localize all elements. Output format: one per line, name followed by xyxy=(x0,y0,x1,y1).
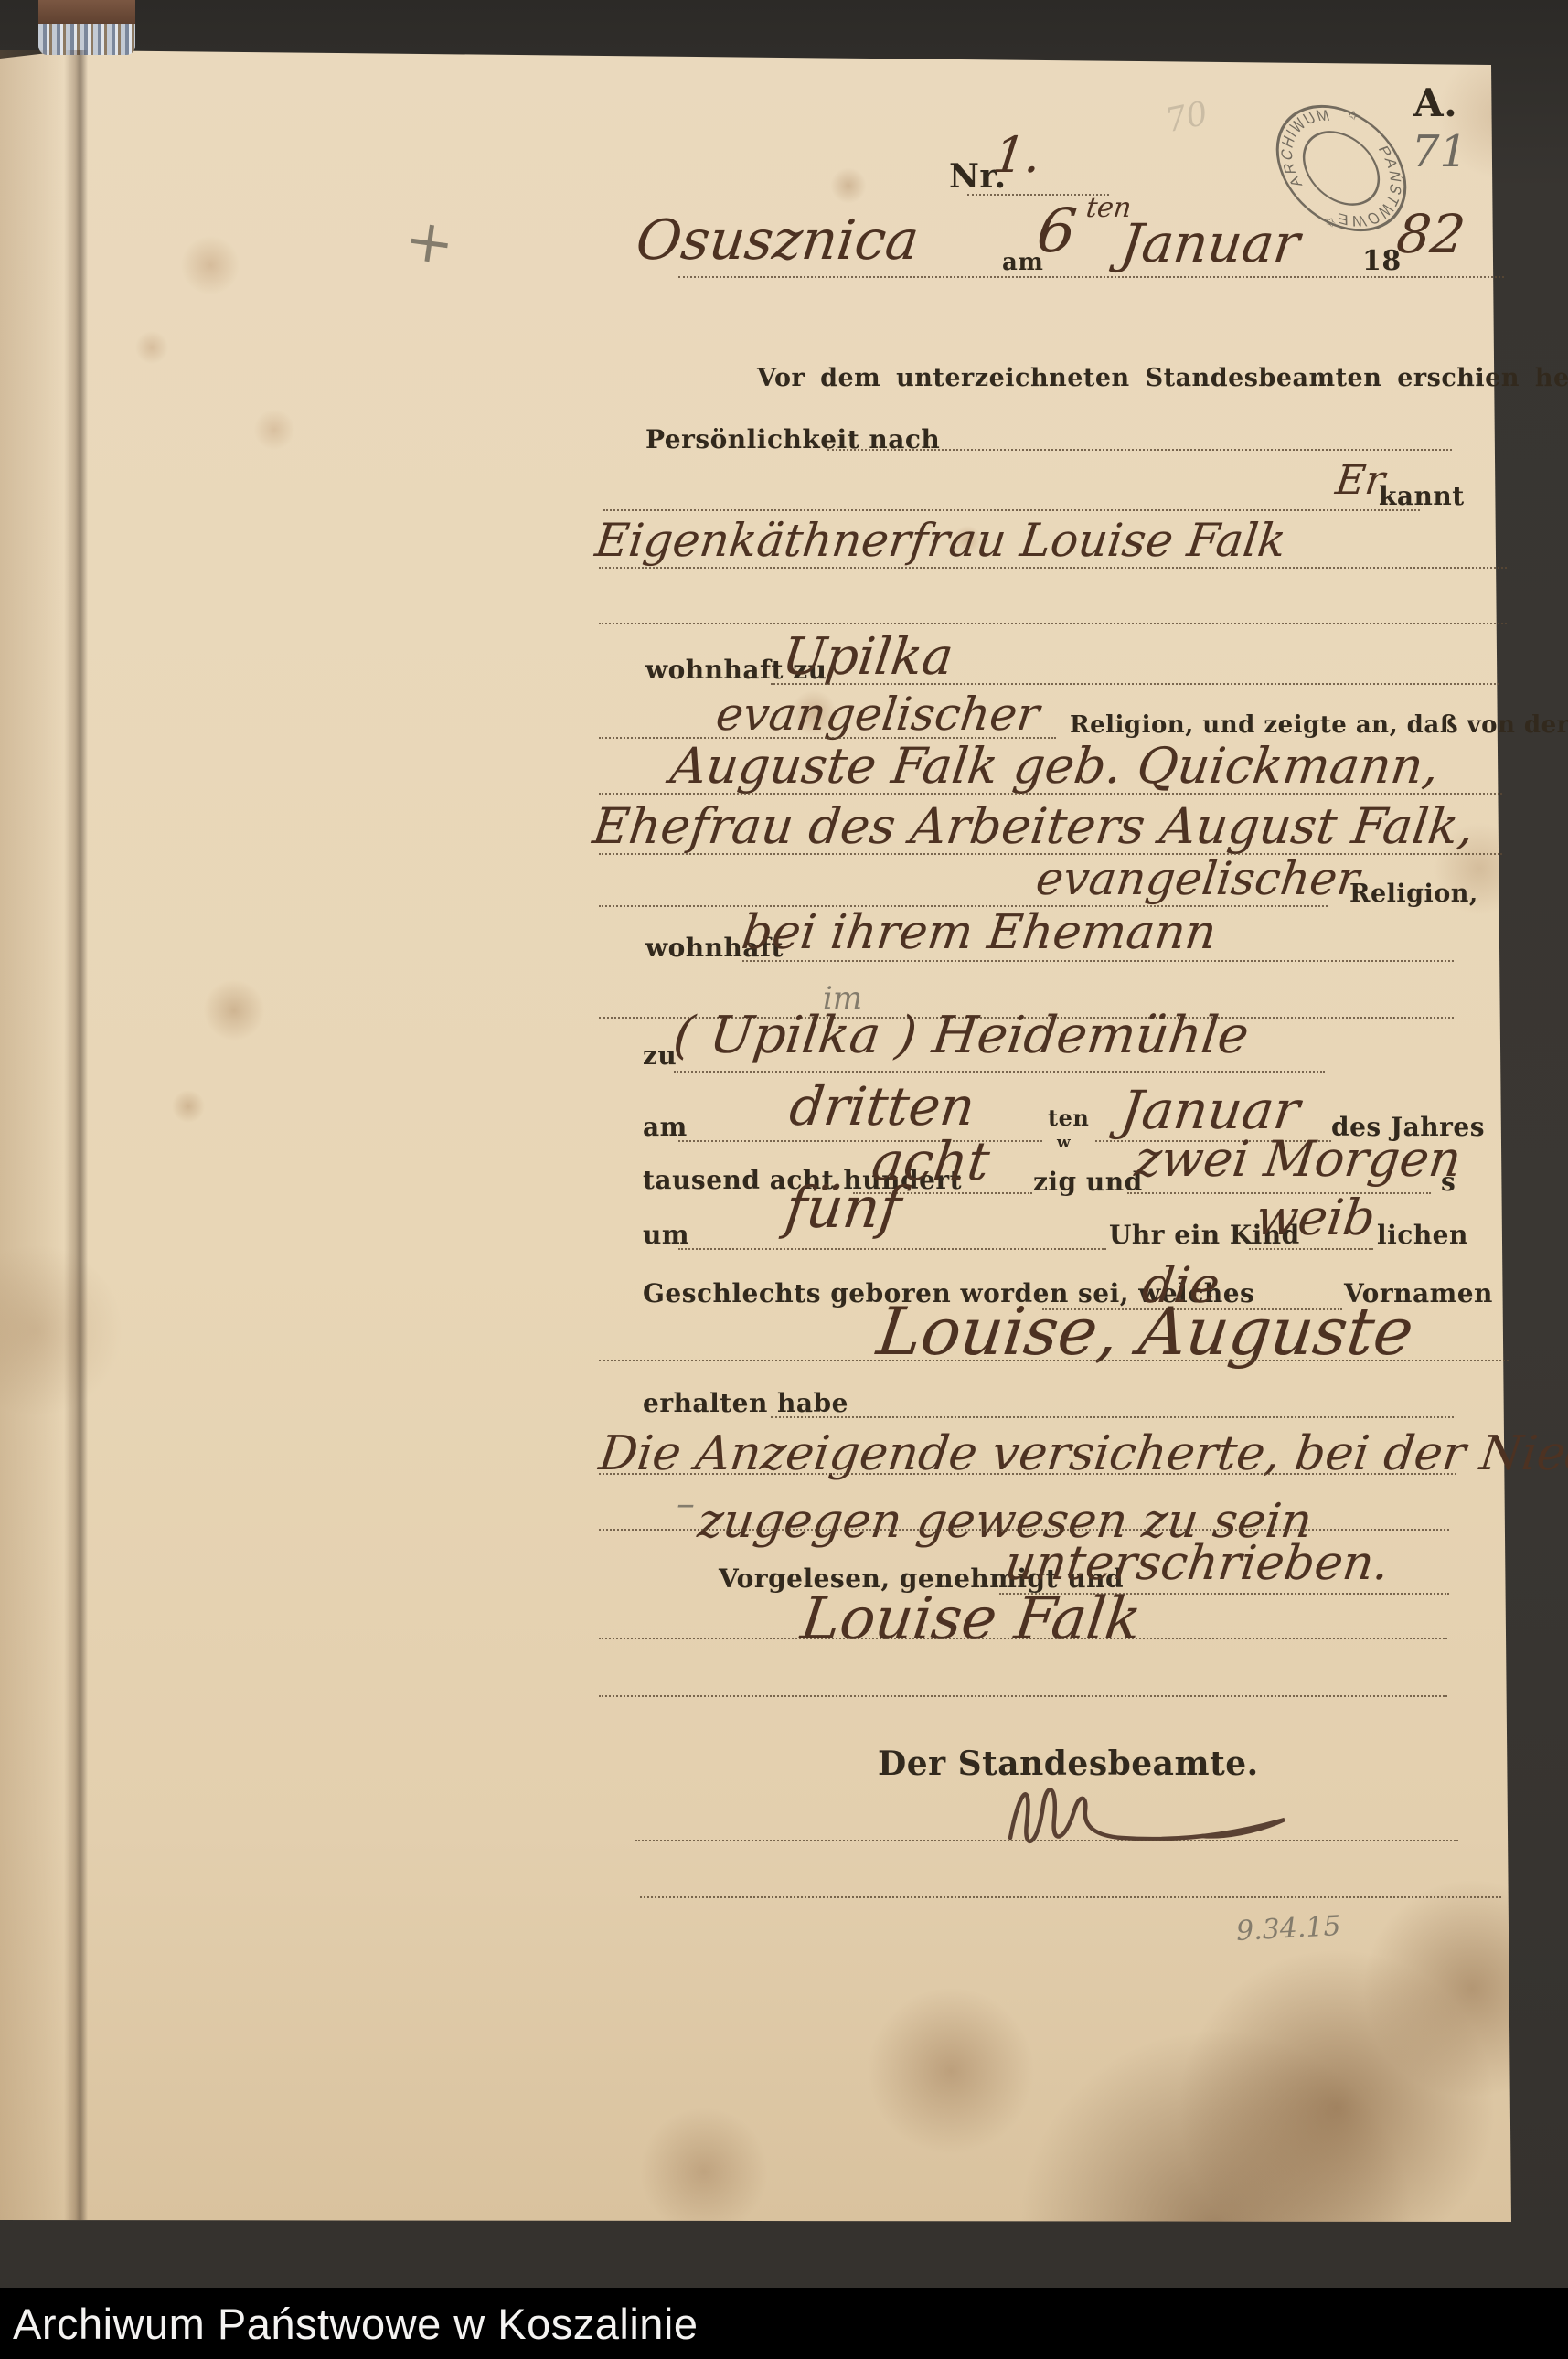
dotted-rule xyxy=(678,1248,1106,1250)
previous-page-edge xyxy=(0,50,73,2220)
year-handwritten: 82 xyxy=(1393,203,1468,265)
residence2-handwritten: bei ihrem Ehemann xyxy=(739,905,1220,960)
ten-footnote-printed: w xyxy=(1057,1134,1071,1152)
dotted-rule xyxy=(599,1695,1447,1697)
am2-printed: am xyxy=(643,1112,688,1142)
dotted-rule xyxy=(599,567,1507,569)
dotted-rule xyxy=(599,1360,1509,1361)
dotted-rule xyxy=(599,1529,1449,1531)
dotted-rule xyxy=(635,1840,1458,1841)
lichen-printed: lichen xyxy=(1377,1220,1468,1250)
s-suffix-printed: s xyxy=(1441,1167,1456,1197)
erhalten-habe-printed: erhalten habe xyxy=(643,1388,848,1418)
dotted-rule xyxy=(674,1071,1325,1073)
given-names-handwritten: Louise, Auguste xyxy=(873,1293,1418,1370)
mother-name-handwritten: Auguste Falk geb. Quickmann, xyxy=(667,737,1442,795)
dotted-rule xyxy=(742,960,1454,962)
ten-printed: ten xyxy=(1048,1105,1089,1131)
scanned-register-page: Nr. 1. ARCHIWUM PAŃSTWOWE ✩ xyxy=(0,0,1568,2359)
religion2-handwritten: evangelischer xyxy=(1033,852,1362,905)
residence-handwritten: Upilka xyxy=(779,627,956,687)
dotted-rule xyxy=(603,509,1420,511)
gutter-crease xyxy=(64,50,93,2220)
book-spine-headband xyxy=(38,0,135,55)
um-printed: um xyxy=(643,1220,689,1250)
dotted-rule xyxy=(771,1416,1454,1418)
birth-day-handwritten: dritten xyxy=(786,1075,978,1137)
stamp-star-icon: ✩ xyxy=(1344,106,1361,123)
dotted-rule xyxy=(1249,1248,1373,1250)
dotted-rule xyxy=(678,276,1504,278)
pencil-reference-number: 9.34.15 xyxy=(1235,1910,1341,1948)
birthplace-handwritten: ( Upilka ) Heidemühle xyxy=(670,1006,1252,1065)
kannt-printed: kannt xyxy=(1379,481,1465,511)
religion1-handwritten: evangelischer xyxy=(713,688,1042,741)
dotted-rule xyxy=(599,793,1502,795)
religion1-printed: Religion, und zeigte an, daß von der xyxy=(1070,711,1568,739)
pencil-page-number: 71 xyxy=(1412,126,1467,177)
record-number-value: 1. xyxy=(990,126,1044,184)
declarant-signature-handwritten: Louise Falk xyxy=(797,1585,1145,1653)
pencil-dash-mark: – xyxy=(677,1483,695,1525)
stamp-inner-ring xyxy=(1289,117,1392,219)
registrar-signature-scribble xyxy=(983,1763,1330,1863)
dotted-rule xyxy=(827,449,1452,451)
zig-und-printed: zig und xyxy=(1033,1167,1143,1197)
dotted-rule xyxy=(599,1473,1456,1475)
year-units-time-handwritten: zwei Morgen xyxy=(1132,1130,1465,1188)
archive-caption-text: Archiwum Państwowe w Koszalinie xyxy=(13,2288,699,2359)
dotted-rule xyxy=(599,623,1507,624)
intro-printed: Vor dem unterzeichneten Standesbeamten e… xyxy=(757,364,1568,392)
religion2-printed: Religion, xyxy=(1349,880,1478,908)
pencil-cross-mark: + xyxy=(400,206,458,280)
unterschrieben-handwritten: unterschrieben. xyxy=(1002,1536,1392,1591)
sex-handwritten: weib xyxy=(1253,1189,1379,1246)
hour-handwritten: fünf xyxy=(782,1174,905,1241)
declarant-handwritten: Eigenkäthnerfrau Louise Falk xyxy=(592,514,1289,567)
mother-husband-handwritten: Ehefrau des Arbeiters August Falk, xyxy=(590,797,1477,855)
archive-caption-bar: Archiwum Państwowe w Koszalinie xyxy=(0,2288,1568,2359)
spine-leather xyxy=(38,0,135,24)
birthplace-insert-handwritten: im xyxy=(823,980,862,1017)
corner-letter-mark: A. xyxy=(1413,80,1457,125)
dotted-rule xyxy=(771,683,1499,685)
dotted-rule xyxy=(640,1896,1501,1898)
month-handwritten: Januar xyxy=(1117,212,1303,274)
place-handwritten: Osusznica xyxy=(633,208,923,272)
dotted-rule xyxy=(599,1638,1447,1639)
